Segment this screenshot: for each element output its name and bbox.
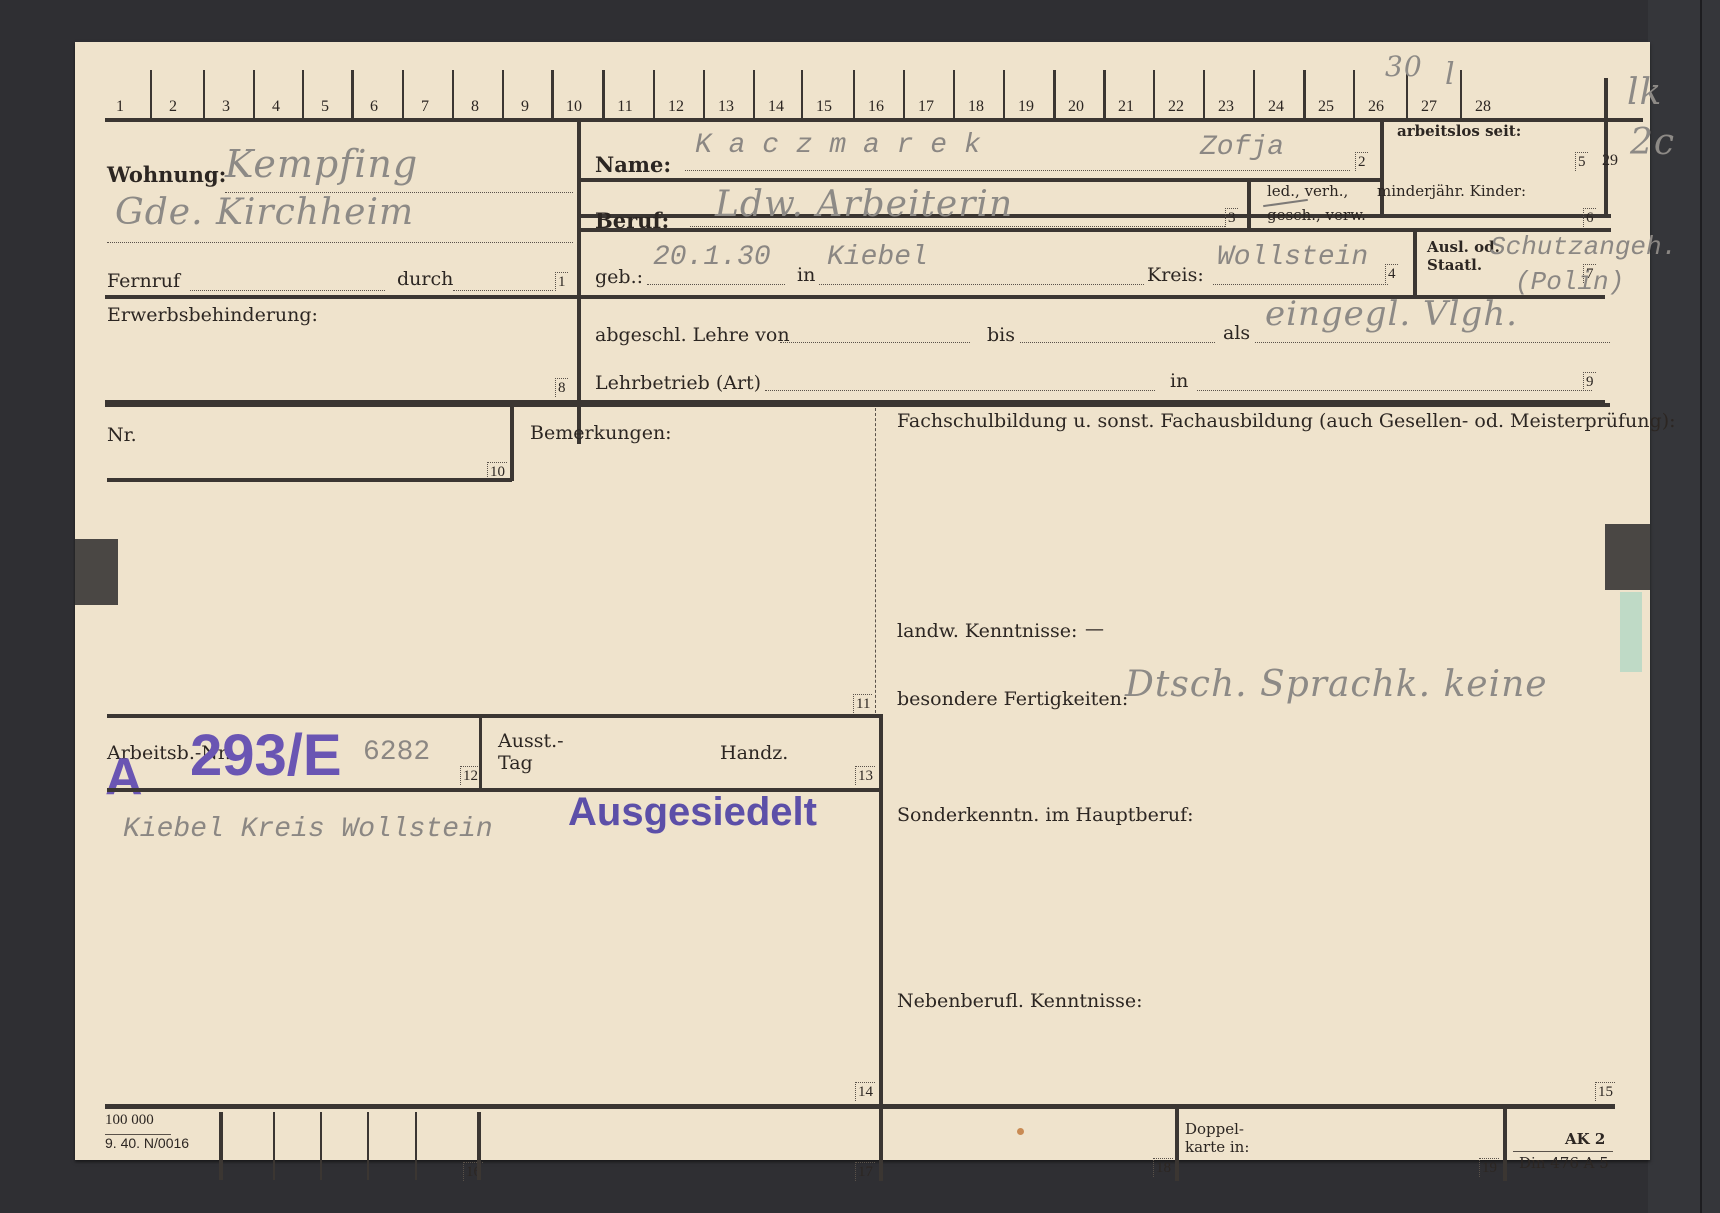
ruler-number: 9 [510, 98, 540, 116]
als-field [1255, 342, 1610, 343]
ruler-number: 25 [1311, 98, 1341, 116]
ausst-label-2: Tag [498, 752, 533, 774]
nebenberufl-label: Nebenberufl. Kenntnisse: [897, 990, 1143, 1012]
field-number-17: 17 [855, 1162, 875, 1181]
ruler-tick [1303, 70, 1306, 120]
geb-label: geb.: [595, 266, 643, 288]
field-number-5: 5 [1575, 152, 1588, 171]
geb-place-value[interactable]: Kiebel [827, 242, 928, 273]
ruler-tick [452, 70, 454, 120]
field-number-14: 14 [855, 1082, 875, 1101]
bemerkungen-label: Bemerkungen: [530, 422, 672, 444]
col29-divider [1604, 78, 1608, 218]
ruler-number: 22 [1161, 98, 1191, 116]
background-rail [1648, 0, 1720, 1213]
kreis-label: Kreis: [1147, 264, 1204, 286]
ruler-number: 7 [410, 98, 440, 116]
ruler-tick [653, 70, 655, 120]
staatl-label: Staatl. [1427, 256, 1482, 274]
nr-bottom-line [107, 478, 512, 482]
doppelkarte-label-1: Doppel- [1185, 1120, 1244, 1138]
ruler-number: 5 [310, 98, 340, 116]
ruler-tick [853, 70, 855, 120]
wohnung-value-1[interactable]: Kempfing [225, 142, 418, 186]
name-field-line [685, 170, 1350, 171]
field-number-8: 8 [555, 378, 568, 397]
arbeitsb-number[interactable]: 6282 [363, 737, 430, 768]
ruler-tick [1003, 70, 1005, 120]
bottom-col-divider-8 [1175, 1109, 1179, 1181]
minderjaehr-kinder-label: minderjähr. Kinder: [1377, 182, 1526, 200]
ruler-number: 24 [1261, 98, 1291, 116]
staatsangehoerigkeit-note[interactable]: (Polin) [1515, 267, 1624, 297]
ruler-number: 13 [711, 98, 741, 116]
wohnung-label: Wohnung: [107, 162, 226, 187]
address-typed[interactable]: Kiebel Kreis Wollstein [123, 814, 493, 845]
paper-spot [1017, 1128, 1024, 1135]
background-edge [1700, 0, 1702, 1213]
sonderkenntn-field[interactable] [897, 837, 1597, 987]
nr-label: Nr. [107, 424, 137, 446]
nebenberufl-field[interactable] [897, 1022, 1597, 1082]
name-label: Name: [595, 152, 671, 177]
doppelkarte-field[interactable] [1245, 1122, 1465, 1177]
ruler-number: 27 [1414, 98, 1444, 116]
beruf-field-line [690, 226, 1225, 227]
field-number-3: 3 [1225, 208, 1238, 227]
ruler-tick [903, 70, 905, 120]
ruler-tick [502, 70, 504, 120]
erwerbsbehinderung-label: Erwerbsbehinderung: [107, 304, 318, 326]
lower-divider [879, 714, 883, 1106]
bottom-col-divider-2 [273, 1112, 275, 1180]
row-line-middle [105, 403, 1610, 407]
ruler-tick [1460, 70, 1462, 120]
lehre-von-field[interactable] [780, 342, 970, 343]
form-id-label: AK 2 [1565, 1130, 1605, 1148]
ruler-tick [203, 70, 205, 120]
ruler-number: 26 [1361, 98, 1391, 116]
print-run-label: 100 000 [105, 1112, 154, 1129]
field-number-12: 12 [460, 766, 480, 785]
staatsangehoerigkeit-value[interactable]: Schutzangeh. [1490, 232, 1677, 262]
bottom-col-divider-4 [367, 1112, 369, 1180]
field-number-6: 6 [1583, 208, 1596, 227]
ruler-number: 8 [460, 98, 490, 116]
landw-kenntnisse-value: — [1085, 618, 1104, 640]
field-number-1: 1 [555, 272, 568, 291]
ruler-number: 4 [261, 98, 291, 116]
lehrbetrieb-in-field[interactable] [1197, 390, 1592, 391]
nr-divider [510, 407, 514, 481]
besondere-fertigkeiten-value[interactable]: Dtsch. Sprachk. keine [1125, 664, 1548, 705]
bemerkungen-dashed-divider [875, 408, 876, 713]
ruler-number: 1 [105, 98, 135, 116]
field-number-11: 11 [853, 694, 872, 713]
ruler-tick [1353, 70, 1355, 120]
field-number-9: 9 [1583, 372, 1596, 391]
lehrbetrieb-label: Lehrbetrieb (Art) [595, 372, 761, 394]
ruler-number: 19 [1011, 98, 1041, 116]
ruler-tick [953, 70, 955, 120]
geb-date-value[interactable]: 20.1.30 [653, 242, 771, 273]
familienstand-line2: gesch., verw. [1267, 206, 1366, 224]
bottom-col-divider-5 [415, 1112, 417, 1180]
lehrbetrieb-in-label: in [1170, 370, 1188, 392]
familienstand-line1: led., verh., [1267, 182, 1348, 200]
ruler-number: 15 [809, 98, 839, 116]
ausst-label-1: Ausst.- [498, 730, 564, 752]
ausgesiedelt-stamp: Ausgesiedelt [568, 790, 817, 835]
ruler-tick [1153, 70, 1155, 120]
bemerkungen-field[interactable] [530, 462, 870, 677]
bottom-col-divider-3 [320, 1112, 322, 1180]
ruler-note-26: 30 [1385, 50, 1423, 83]
field-number-19: 19 [1479, 1158, 1499, 1177]
ruler-number: 11 [610, 98, 640, 116]
arbeitsb-top-line [107, 714, 882, 718]
field-number-13: 13 [855, 766, 875, 785]
geb-in-label: in [797, 264, 815, 286]
card-notch-left [75, 539, 118, 605]
bottom-col-divider-6 [477, 1112, 481, 1180]
din-label: Din 476 A 5 [1519, 1154, 1609, 1172]
field-number-15: 15 [1595, 1082, 1615, 1101]
name-surname-value[interactable]: K a c z m a r e k [695, 130, 981, 161]
ruler-tick [1253, 70, 1255, 120]
main-divider [577, 122, 581, 444]
green-mark [1620, 592, 1642, 672]
employment-record-card: 1234567891011121314151617181920212223242… [75, 42, 1650, 1160]
row-line-beruf [581, 178, 1381, 182]
ruler-tick [351, 70, 354, 120]
ruler-number: 28 [1468, 98, 1498, 116]
durch-label: durch [397, 268, 453, 290]
form-id-rule [1513, 1151, 1613, 1152]
ruler-tick [602, 70, 605, 120]
arbeitsb-stamp-letter: A [105, 747, 143, 807]
lehrbetrieb-field[interactable] [765, 390, 1155, 391]
arbeitslos-divider [1380, 122, 1384, 217]
ruler-number: 20 [1061, 98, 1091, 116]
field-number-18: 18 [1153, 1158, 1173, 1177]
ruler-number: 18 [961, 98, 991, 116]
ruler-tick [1103, 70, 1106, 120]
doppelkarte-label-2: karte in: [1185, 1138, 1249, 1156]
kreis-field [1213, 284, 1388, 285]
ruler-tick [703, 70, 705, 120]
fachschulbildung-field[interactable] [897, 442, 1597, 592]
als-value[interactable]: eingegl. Vlgh. [1265, 294, 1518, 334]
ruler-number: 10 [559, 98, 589, 116]
field-number-4: 4 [1385, 264, 1398, 283]
print-code-label: 9. 40. N/0016 [105, 1135, 189, 1151]
fernruf-field[interactable] [190, 290, 385, 291]
ruler-tick [551, 70, 554, 120]
row-line-geb-top [581, 228, 1611, 232]
ruler-tick [1053, 70, 1056, 120]
ruler-tick [801, 70, 803, 120]
field-number-7: 7 [1583, 264, 1596, 283]
arbeitsb-stamp-code: 293/E [190, 722, 342, 789]
field-number-2: 2 [1355, 152, 1368, 171]
beruf-value[interactable]: Ldw. Arbeiterin [715, 184, 1013, 225]
staatl-divider [1413, 232, 1417, 296]
ruler-tick [402, 70, 404, 120]
durch-field[interactable] [453, 290, 553, 291]
besondere-fertigkeiten-label: besondere Fertigkeiten: [897, 688, 1128, 710]
ruler-number: 14 [761, 98, 791, 116]
ruler-number: 23 [1211, 98, 1241, 116]
ruler-number: 17 [911, 98, 941, 116]
handz-label: Handz. [720, 742, 788, 764]
bottom-col-divider-7 [879, 1109, 883, 1181]
abgeschl-lehre-label: abgeschl. Lehre von [595, 324, 790, 346]
lehre-bis-field[interactable] [1020, 342, 1215, 343]
ruler-number: 21 [1111, 98, 1141, 116]
ruler-tick [253, 70, 255, 120]
ruler-note-27: l [1445, 57, 1456, 92]
kreis-value[interactable]: Wollstein [1217, 242, 1368, 273]
ausl-od-label: Ausl. od. [1427, 238, 1500, 256]
bottom-col-divider-1 [219, 1112, 223, 1180]
ruler-number: 16 [861, 98, 891, 116]
name-given-value[interactable]: Zofja [1200, 132, 1284, 163]
geb-date-field [647, 284, 785, 285]
wohnung-value-2[interactable]: Gde. Kirchheim [115, 192, 414, 233]
col29-note-1: lk [1627, 72, 1662, 113]
bottom-col-divider-9 [1503, 1109, 1507, 1181]
familienstand-divider [1247, 178, 1251, 230]
card-notch-right [1605, 524, 1650, 590]
ruler-tick [150, 70, 152, 120]
arbeitsb-divider [479, 716, 482, 790]
ruler-tick [1203, 70, 1205, 120]
ruler-number: 6 [359, 98, 389, 116]
ruler-number: 12 [661, 98, 691, 116]
sonderkenntn-label: Sonderkenntn. im Hauptberuf: [897, 804, 1194, 826]
landw-kenntnisse-label: landw. Kenntnisse: [897, 620, 1077, 642]
als-label: als [1223, 322, 1250, 344]
ruler-tick [302, 70, 304, 120]
geb-place-field [819, 284, 1144, 285]
ruler-number: 3 [211, 98, 241, 116]
fernruf-label: Fernruf [107, 270, 180, 292]
bottom-row-line [105, 1104, 1615, 1109]
fachschulbildung-label: Fachschulbildung u. sonst. Fachausbildun… [897, 410, 1676, 432]
bis-label: bis [987, 324, 1015, 346]
wohnung-line-2 [107, 242, 573, 243]
ruler-tick [753, 70, 755, 120]
ruler-number: 2 [158, 98, 188, 116]
arbeitslos-seit-label: arbeitslos seit: [1397, 122, 1521, 140]
